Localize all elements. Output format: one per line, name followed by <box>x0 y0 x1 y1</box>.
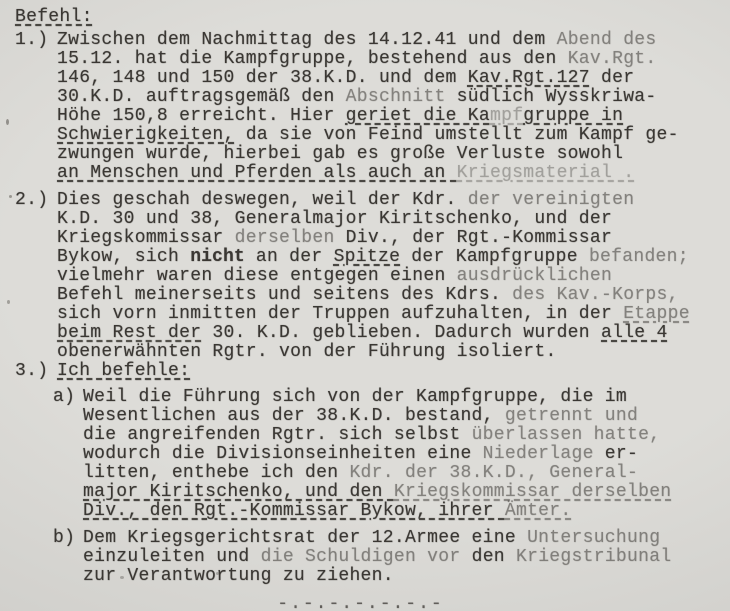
ink-speck <box>54 391 57 394</box>
text-segment: Befehl: <box>15 7 93 27</box>
text-segment: zwungen wurde, hierbei gab es große Verl… <box>57 144 623 164</box>
item-body: Zwischen dem Nachmittag des 14.12.41 und… <box>57 31 730 183</box>
ink-speck <box>9 195 12 198</box>
text-segment: Zwischen dem Nachmittag des 14.12.41 und… <box>57 30 557 50</box>
text-segment: mpf <box>490 106 523 126</box>
text-segment: Etappe <box>623 304 690 324</box>
text-segment: Div., den Rgt.-Kommissar Bykow, ihrer <box>83 501 505 521</box>
end-separator: -.-.-.-.-.-.- <box>0 595 730 611</box>
item-marker: 2.) <box>15 191 57 362</box>
document-heading: Befehl: <box>15 8 730 27</box>
ink-speck <box>6 119 9 125</box>
text-line: Schwierigkeiten, da sie von Feind umstel… <box>57 126 730 145</box>
text-segment: Kriegskommissar derselben <box>394 482 672 502</box>
text-segment: Untersuchung <box>527 528 660 548</box>
text-segment: getrennt und <box>505 406 638 426</box>
text-segment: der <box>590 68 634 88</box>
item-marker: 1.) <box>15 31 57 183</box>
ink-speck <box>120 576 124 579</box>
text-segment: gruppe in <box>523 106 623 126</box>
text-line: Div., den Rgt.-Kommissar Bykow, ihrer Äm… <box>83 502 730 521</box>
subitem-marker: a) <box>53 388 83 521</box>
text-segment: obenerwähnten <box>57 342 201 362</box>
order-subitem: b)Dem Kriegsgerichtsrat der 12.Armee ein… <box>53 529 730 586</box>
text-segment: Bykow, sich <box>57 247 190 267</box>
text-segment: 146, 148 und 150 der 38.K.D. und dem <box>57 68 468 88</box>
text-line: Ich befehle: <box>57 362 730 381</box>
text-segment: geriet die Ka <box>346 106 490 126</box>
text-segment: überlassen hatte, <box>472 425 661 445</box>
text-line: an Menschen und Pferden als auch an Krie… <box>57 164 730 183</box>
text-segment: Kav.Rgt.127 <box>468 68 590 88</box>
order-item: 2.)Dies geschah deswegen, weil der Kdr. … <box>15 191 730 362</box>
text-segment: Dies geschah deswegen, weil der Kdr. <box>57 190 468 210</box>
item-marker: 3.) <box>15 362 57 381</box>
order-item: 3.)Ich befehle: <box>15 362 730 381</box>
text-segment: des Kav.-Korps, <box>512 285 679 305</box>
order-subitem: a)Weil die Führung sich von der Kampfgru… <box>53 388 730 521</box>
text-segment: Rgtr. von der Führung isoliert. <box>201 342 556 362</box>
document-page: Befehl: 1.)Zwischen dem Nachmittag des 1… <box>0 0 730 611</box>
text-line: Weil die Führung sich von der Kampfgrupp… <box>83 388 730 407</box>
text-segment: Höhe 150,8 erreicht. Hier <box>57 106 346 126</box>
text-line: 15.12. hat die Kampfgruppe, bestehend au… <box>57 50 730 69</box>
text-segment: Kriegskommissar <box>57 228 235 248</box>
text-line: vielmehr waren diese entgegen einen ausd… <box>57 267 730 286</box>
subitem-marker: b) <box>53 529 83 586</box>
text-segment: Ämter. <box>505 501 572 521</box>
text-segment: 30.K.D. auftragsgemäß den <box>57 87 346 107</box>
text-segment: befanden; <box>589 247 689 267</box>
text-segment: die angreifenden Rgtr. sich selbst <box>83 425 472 445</box>
text-segment: Wesentlichen aus der 38.K.D. bestand, <box>83 406 505 426</box>
text-segment: 15.12. hat die Kampfgruppe, bestehend au… <box>57 49 568 69</box>
text-segment: an Menschen und Pferden als auch an <box>57 163 457 183</box>
subitem-body: Dem Kriegsgerichtsrat der 12.Armee eine … <box>83 529 730 586</box>
ink-speck <box>7 300 10 304</box>
text-line: Befehl meinerseits und seitens des Kdrs.… <box>57 286 730 305</box>
text-line: Wesentlichen aus der 38.K.D. bestand, ge… <box>83 407 730 426</box>
text-line: einzuleiten und die Schuldigen vor den K… <box>83 548 730 567</box>
text-segment: derselben <box>235 228 335 248</box>
text-segment: vielmehr waren diese entgegen einen <box>57 266 457 286</box>
text-line: die angreifenden Rgtr. sich selbst überl… <box>83 426 730 445</box>
text-line: Zwischen dem Nachmittag des 14.12.41 und… <box>57 31 730 50</box>
text-segment: major Kiritschenko, und den <box>83 482 394 502</box>
text-line: wodurch die Divisionseinheiten eine Nied… <box>83 445 730 464</box>
text-segment: alle 4 <box>601 323 668 343</box>
text-line: litten, enthebe ich den Kdr. der 38.K.D.… <box>83 464 730 483</box>
text-segment: der Kampfgruppe <box>400 247 589 267</box>
text-segment: einzuleiten und <box>83 547 261 567</box>
text-line: zur Verantwortung zu ziehen. <box>83 567 730 586</box>
text-segment: ausdrücklichen <box>457 266 612 286</box>
order-item: 1.)Zwischen dem Nachmittag des 14.12.41 … <box>15 31 730 183</box>
text-segment: litten, enthebe ich den <box>83 463 349 483</box>
text-segment: Spitze <box>334 247 401 267</box>
text-segment: K.D. 30 und 38, Generalmajor Kiritschenk… <box>57 209 612 229</box>
text-segment: Niederlage <box>483 444 594 464</box>
text-segment: Kriegstribunal <box>516 547 671 567</box>
text-segment: Div., der Rgt.-Kommissar <box>335 228 613 248</box>
text-line: obenerwähnten Rgtr. von der Führung isol… <box>57 343 730 362</box>
text-line: K.D. 30 und 38, Generalmajor Kiritschenk… <box>57 210 730 229</box>
text-segment: Abend des <box>557 30 657 50</box>
item-body: Ich befehle: <box>57 362 730 381</box>
text-segment: Kav.Rgt. <box>568 49 657 69</box>
text-segment: Abschnitt <box>346 87 446 107</box>
ink-speck <box>216 572 219 575</box>
subitem-body: Weil die Führung sich von der Kampfgrupp… <box>83 388 730 521</box>
text-segment: er- <box>594 444 638 464</box>
order-body: 1.)Zwischen dem Nachmittag des 14.12.41 … <box>15 31 730 586</box>
text-line: 30.K.D. auftragsgemäß den Abschnitt südl… <box>57 88 730 107</box>
text-segment: südlich Wysskriwa- <box>446 87 657 107</box>
text-segment: Befehl meinerseits und seitens des Kdrs. <box>57 285 512 305</box>
text-line: beim Rest der 30. K.D. geblieben. Dadurc… <box>57 324 730 343</box>
text-segment: die Schuldigen vor <box>261 547 461 567</box>
text-segment: Ich befehle: <box>57 361 190 381</box>
text-line: major Kiritschenko, und den Kriegskommis… <box>83 483 730 502</box>
text-line: zwungen wurde, hierbei gab es große Verl… <box>57 145 730 164</box>
text-line: Höhe 150,8 erreicht. Hier geriet die Kam… <box>57 107 730 126</box>
text-segment: Kdr. der 38.K.D., General- <box>349 463 638 483</box>
text-line: 146, 148 und 150 der 38.K.D. und dem Kav… <box>57 69 730 88</box>
text-segment: den <box>460 547 516 567</box>
text-segment: Schwierigkeiten, <box>57 125 235 145</box>
text-segment: Kriegsmaterial . <box>457 163 635 183</box>
item-body: Dies geschah deswegen, weil der Kdr. der… <box>57 191 730 362</box>
text-segment: der vereinigten <box>468 190 635 210</box>
text-line: Bykow, sich nicht an der Spitze der Kamp… <box>57 248 730 267</box>
text-segment: nicht <box>190 247 245 267</box>
text-segment: Dem Kriegsgerichtsrat der 12.Armee eine <box>83 528 527 548</box>
text-segment: sich vorn inmitten der Truppen aufzuhalt… <box>57 304 623 324</box>
text-line: Kriegskommissar derselben Div., der Rgt.… <box>57 229 730 248</box>
text-segment: beim Rest der 30. K.D. geblieben. Dadurc… <box>57 323 601 343</box>
text-segment: zur Verantwortung zu ziehen. <box>83 566 394 586</box>
text-segment: Weil die Führung sich von der Kampfgrupp… <box>83 387 627 407</box>
text-line: Dies geschah deswegen, weil der Kdr. der… <box>57 191 730 210</box>
text-line: Dem Kriegsgerichtsrat der 12.Armee eine … <box>83 529 730 548</box>
text-line: sich vorn inmitten der Truppen aufzuhalt… <box>57 305 730 324</box>
text-segment: an der <box>245 247 334 267</box>
text-segment: da sie von Feind umstellt zum Kampf ge- <box>235 125 679 145</box>
text-segment: wodurch die Divisionseinheiten eine <box>83 444 483 464</box>
